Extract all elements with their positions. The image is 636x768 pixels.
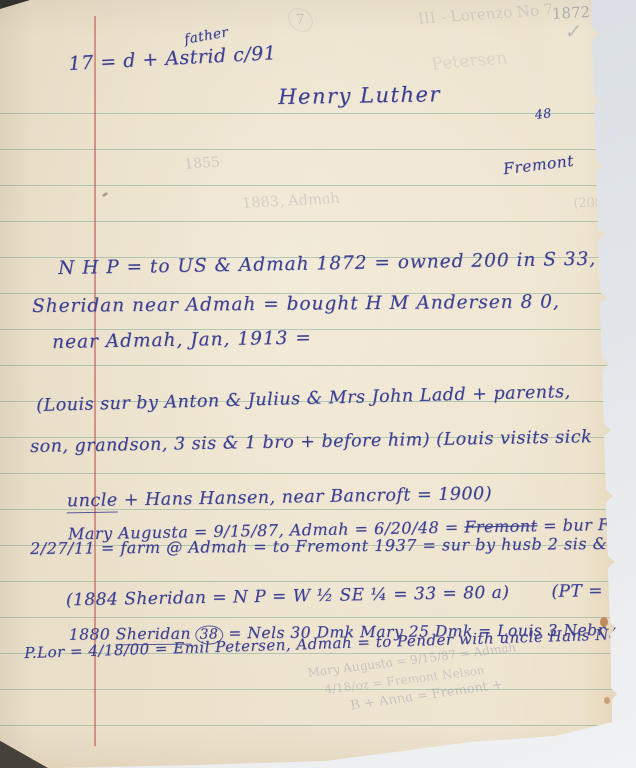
land-paragraph-line-3: near Admah, Jan, 1913 = — [52, 327, 312, 353]
place-note: 48 Fremont — [492, 69, 579, 214]
scanned-notebook-page: III - Lorenzo No 7 1872. ✓ 7 Petersen 18… — [0, 0, 636, 768]
place-number: 48 — [534, 105, 568, 120]
bleedthrough-bottom-2: 4/18/oz = Fremont Nelson — [322, 663, 487, 696]
rust-stain-small — [604, 697, 610, 704]
bleedthrough-date-1: 1855 — [182, 155, 223, 173]
paper-sheet: III - Lorenzo No 7 1872. ✓ 7 Petersen 18… — [0, 0, 636, 768]
land-paragraph-line-2: Sheridan near Admah = bought H M Anderse… — [32, 291, 560, 317]
bleedthrough-year: 1872. — [550, 3, 597, 23]
bleedthrough-circled-digit: 7 — [286, 8, 315, 32]
struck-word-fremont: Fremont — [464, 516, 538, 536]
louis-paragraph-line-1: (Louis sur by Anton & Julius & Mrs John … — [36, 382, 571, 416]
bleedthrough-date-2: 1883, Admah — [240, 191, 342, 212]
subject-name: Henry Luther — [278, 82, 441, 109]
bleedthrough-name: Petersen — [428, 48, 511, 74]
place-name: Fremont — [502, 152, 575, 179]
ink-speck — [102, 192, 109, 198]
check-mark-icon: ✓ — [563, 20, 581, 44]
id-line: 17 = d + Astrid c/91 — [68, 42, 277, 75]
land-1884-pt-date: (PT = 6/24/48) — [551, 580, 636, 602]
rust-stain — [600, 617, 608, 627]
bleedthrough-text: III - Lorenzo No 7 — [415, 1, 556, 28]
louis-paragraph-line-2: son, grandson, 3 sis & 1 bro + before hi… — [30, 427, 592, 457]
mary-line-1-end: = bur Fremont = wed — [537, 513, 636, 535]
land-paragraph-line-1: N H P = to US & Admah 1872 = owned 200 i… — [58, 249, 596, 279]
bleedthrough-bottom-3: B + Anna = Fremont + — [348, 678, 506, 714]
